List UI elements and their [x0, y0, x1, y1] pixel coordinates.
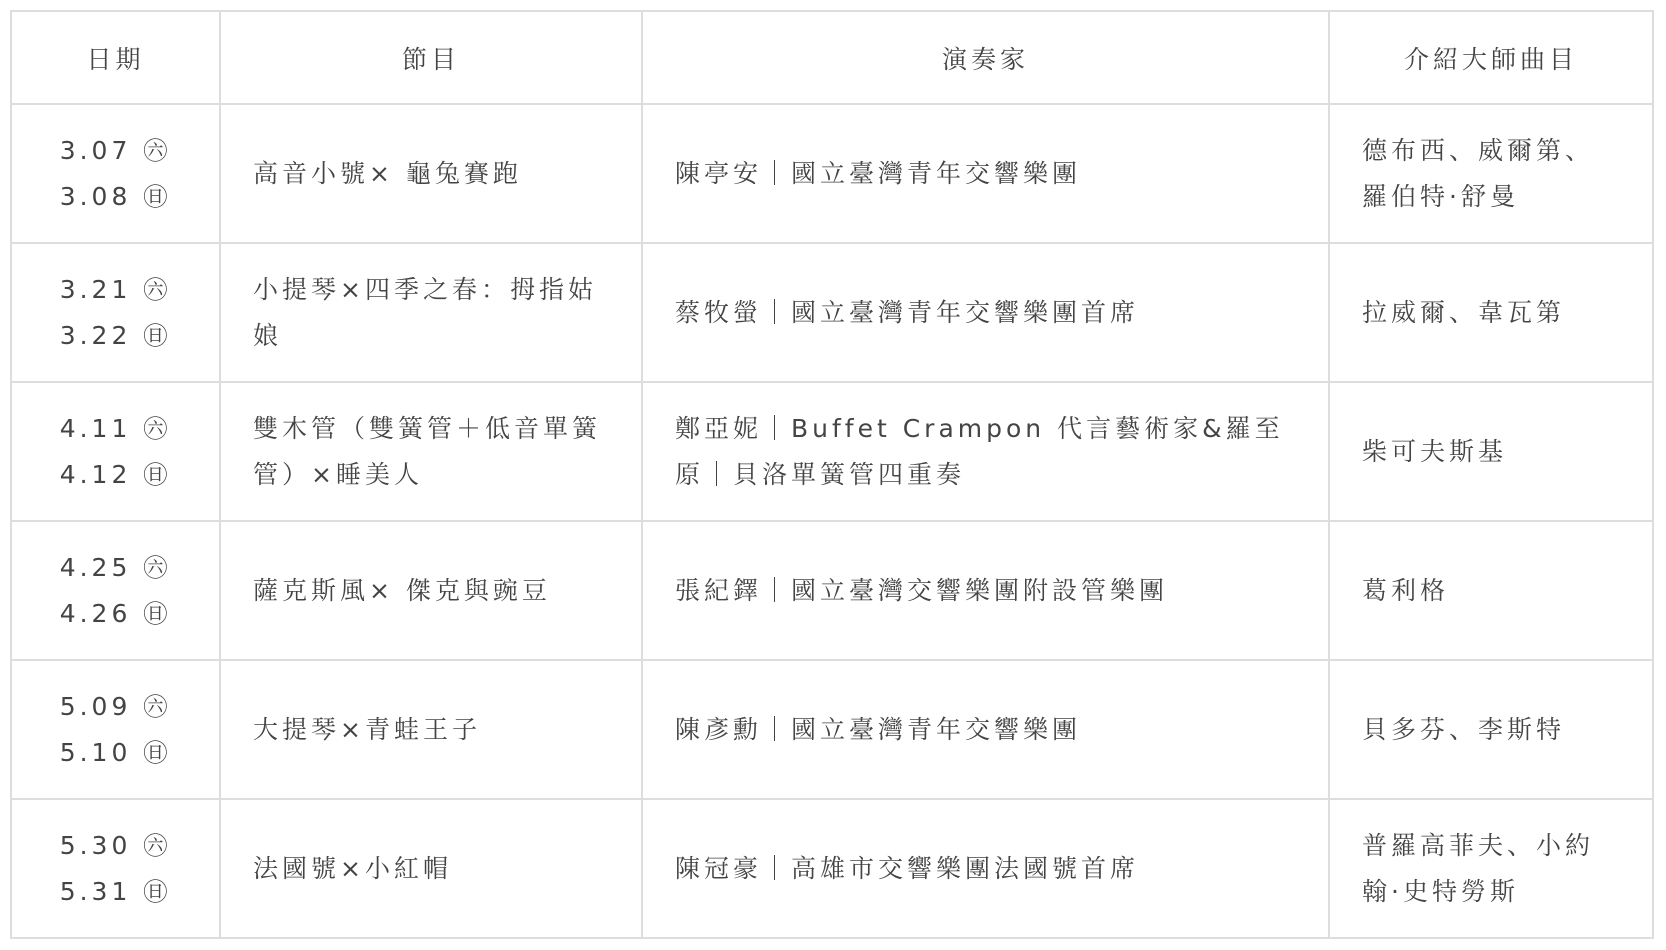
saturday-badge: ㊅ [143, 276, 171, 304]
performer-cell: 陳亭安｜國立臺灣青年交響樂團 [642, 104, 1329, 243]
saturday-date: 5.09 ㊅ [13, 684, 218, 730]
date-cell: 3.21 ㊅ 3.22 ㊐ [11, 243, 220, 382]
saturday-date: 4.11 ㊅ [13, 406, 218, 452]
table-row: 5.09 ㊅ 5.10 ㊐ 大提琴×青蛙王子 陳彥勳｜國立臺灣青年交響樂團 貝多… [11, 660, 1653, 799]
date-cell: 5.09 ㊅ 5.10 ㊐ [11, 660, 220, 799]
performer-cell: 鄭亞妮｜Buffet Crampon 代言藝術家&羅至原｜貝洛單簧管四重奏 [642, 382, 1329, 521]
sunday-date: 4.12 ㊐ [13, 452, 218, 498]
saturday-badge: ㊅ [143, 137, 171, 165]
program-cell: 高音小號× 龜兔賽跑 [220, 104, 642, 243]
composers-cell: 貝多芬、李斯特 [1329, 660, 1653, 799]
saturday-date: 3.21 ㊅ [13, 267, 218, 313]
table-row: 4.11 ㊅ 4.12 ㊐ 雙木管（雙簧管＋低音單簧管）×睡美人 鄭亞妮｜Buf… [11, 382, 1653, 521]
performer-cell: 陳彥勳｜國立臺灣青年交響樂團 [642, 660, 1329, 799]
sunday-date: 3.08 ㊐ [13, 174, 218, 220]
program-cell: 法國號×小紅帽 [220, 799, 642, 938]
program-cell: 雙木管（雙簧管＋低音單簧管）×睡美人 [220, 382, 642, 521]
table-row: 3.07 ㊅ 3.08 ㊐ 高音小號× 龜兔賽跑 陳亭安｜國立臺灣青年交響樂團 … [11, 104, 1653, 243]
date-cell: 5.30 ㊅ 5.31 ㊐ [11, 799, 220, 938]
sunday-date: 4.26 ㊐ [13, 591, 218, 637]
program-cell: 薩克斯風× 傑克與豌豆 [220, 521, 642, 660]
saturday-date: 3.07 ㊅ [13, 128, 218, 174]
program-cell: 小提琴×四季之春：拇指姑娘 [220, 243, 642, 382]
sunday-badge: ㊐ [143, 600, 171, 628]
sunday-badge: ㊐ [143, 183, 171, 211]
concert-schedule-table: 日期 節目 演奏家 介紹大師曲目 3.07 ㊅ 3.08 ㊐ 高音小號× 龜兔賽… [10, 10, 1654, 939]
performer-cell: 張紀鐸｜國立臺灣交響樂團附設管樂團 [642, 521, 1329, 660]
header-composers: 介紹大師曲目 [1329, 11, 1653, 104]
table-row: 4.25 ㊅ 4.26 ㊐ 薩克斯風× 傑克與豌豆 張紀鐸｜國立臺灣交響樂團附設… [11, 521, 1653, 660]
date-cell: 4.11 ㊅ 4.12 ㊐ [11, 382, 220, 521]
header-date: 日期 [11, 11, 220, 104]
saturday-badge: ㊅ [143, 832, 171, 860]
saturday-badge: ㊅ [143, 415, 171, 443]
sunday-date: 5.31 ㊐ [13, 869, 218, 915]
header-program: 節目 [220, 11, 642, 104]
table-row: 3.21 ㊅ 3.22 ㊐ 小提琴×四季之春：拇指姑娘 蔡牧螢｜國立臺灣青年交響… [11, 243, 1653, 382]
composers-cell: 葛利格 [1329, 521, 1653, 660]
sunday-badge: ㊐ [143, 461, 171, 489]
saturday-date: 5.30 ㊅ [13, 823, 218, 869]
saturday-date: 4.25 ㊅ [13, 545, 218, 591]
date-cell: 4.25 ㊅ 4.26 ㊐ [11, 521, 220, 660]
performer-cell: 蔡牧螢｜國立臺灣青年交響樂團首席 [642, 243, 1329, 382]
header-performer: 演奏家 [642, 11, 1329, 104]
header-row: 日期 節目 演奏家 介紹大師曲目 [11, 11, 1653, 104]
saturday-badge: ㊅ [143, 693, 171, 721]
composers-cell: 拉威爾、韋瓦第 [1329, 243, 1653, 382]
saturday-badge: ㊅ [143, 554, 171, 582]
sunday-date: 5.10 ㊐ [13, 730, 218, 776]
composers-cell: 柴可夫斯基 [1329, 382, 1653, 521]
composers-cell: 普羅高菲夫、小約翰·史特勞斯 [1329, 799, 1653, 938]
performer-cell: 陳冠豪｜高雄市交響樂團法國號首席 [642, 799, 1329, 938]
table-row: 5.30 ㊅ 5.31 ㊐ 法國號×小紅帽 陳冠豪｜高雄市交響樂團法國號首席 普… [11, 799, 1653, 938]
sunday-badge: ㊐ [143, 739, 171, 767]
sunday-badge: ㊐ [143, 878, 171, 906]
composers-cell: 德布西、威爾第、羅伯特·舒曼 [1329, 104, 1653, 243]
sunday-date: 3.22 ㊐ [13, 313, 218, 359]
sunday-badge: ㊐ [143, 322, 171, 350]
date-cell: 3.07 ㊅ 3.08 ㊐ [11, 104, 220, 243]
program-cell: 大提琴×青蛙王子 [220, 660, 642, 799]
